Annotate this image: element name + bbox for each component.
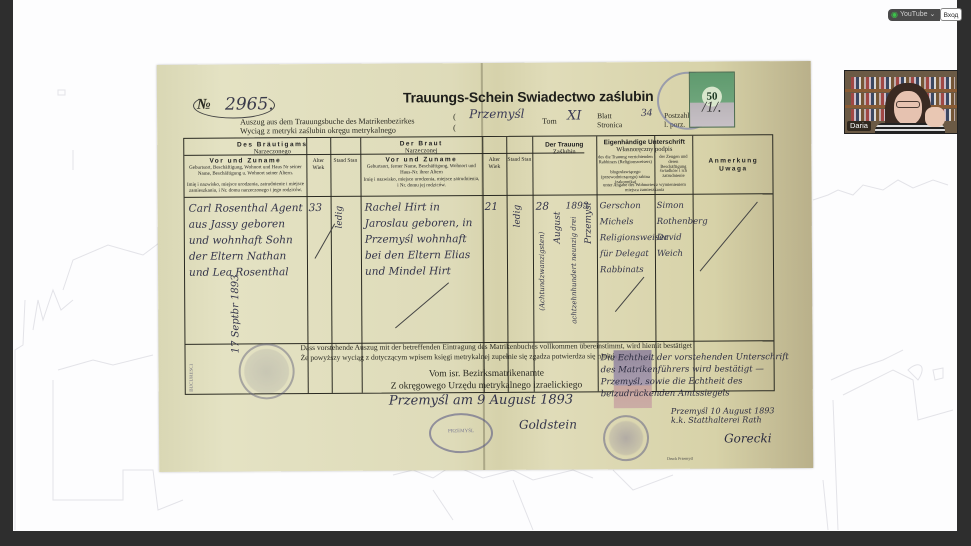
number-value: 2965. [225,94,274,114]
round-seal-stamp [238,343,294,399]
place-handwritten: Przemyśl [469,107,524,121]
blatt-value: 34 [641,107,652,119]
issuer-signature: Goldstein [519,417,577,431]
strike-line [395,282,449,328]
subtitle-pl: Wyciąg z metryki zaślubin okręgu metryka… [240,125,414,135]
witnesses-entry: Simon Rothenberg David Weich [657,198,695,262]
wedding-month: August [553,212,564,244]
wedding-day: 28 [536,199,549,215]
strike-line [615,277,644,312]
residence-header: unter Angabe des Wohnortes z wymienienie… [597,182,691,193]
starostwo-stamp [603,415,649,461]
strike-line [700,202,758,272]
tom-label: Tom [542,117,557,126]
annotation-date: Przemyśl 10 August 1893 k.k. Statthalter… [671,406,775,425]
tom-value: XI [567,108,581,123]
presentation-slide: № 2965. Trauungs-Schein Swiadectwo zaślu… [13,0,957,531]
groom-desc-pl: Imię i nazwisko, miejsce urodzenia, zatr… [186,182,304,195]
bride-status-header: Stand Stan [506,157,532,164]
issue-place-date: Przemyśl am 9 August 1893 [389,392,573,408]
issuing-office: Vom isr. Bezirksmatrikenamte Z okręgoweg… [391,367,583,392]
wedding-year-words: achtzehnhundert neunzig drei [569,216,581,323]
side-date: 17 Septbr 1893 [230,274,241,353]
wedding-day-words: (Achtundzwanzigsten) [537,232,548,311]
stamp-cancel-mark: /1/. [702,100,722,117]
document-title: Trauungs-Schein Swiadectwo zaślubin [403,88,654,106]
groom-entry: Carl Rosenthal Agent aus Jassy geboren u… [189,200,307,281]
groom-age-header: Alter Wiek [306,158,330,172]
place-brackets: (( [453,111,456,133]
remarks-header: Anmerkung [692,157,774,165]
printer-mark: Druck Przemyśl [667,456,693,461]
groom-name-header: Vor und Zuname [184,157,306,165]
rabbi-header: des die Trauung verrichtenden Rabbiners … [597,154,653,164]
annotation-signature: Gorecki [724,431,772,445]
groom-desc: Geburtsort, Beschäftigung, Wohnort und H… [186,165,304,178]
participant-hand [925,107,945,127]
participant-video-thumbnail[interactable]: Daria [844,70,958,134]
groom-status-header: Stand Stan [330,158,360,165]
bride-header-pl: Narzeczonej [360,147,482,155]
remarks-header-pl: Uwaga [692,165,774,173]
office-pl: Z okręgowego Urzędu metrykalnego izraeli… [391,379,583,392]
stronica-label: Stronica [597,120,622,129]
marriage-certificate-document: № 2965. Trauungs-Schein Swiadectwo zaślu… [157,61,813,472]
signature-header-pl: Własnoręczny podpis [596,146,692,154]
blatt-label: Blatt [597,111,622,120]
participant-glasses [896,101,920,108]
bride-status: ledig [513,205,524,228]
strike-line [315,224,336,259]
bride-age: 21 [485,199,498,215]
participant-name-tag: Daria [847,121,871,131]
participant-face [894,91,922,125]
stream-label: YouTube [900,9,928,21]
bride-name-header: Vor und Zuname [360,156,482,164]
broadcast-icon: ◉ [891,9,898,21]
oval-stamp: PRZEMYŚL [429,413,493,453]
wedding-header-pl: Zaślubin [532,148,596,155]
witnesses-header: der Zeugen und deren Beschäftigung [655,154,691,169]
chevron-down-icon: ⌄ [930,9,936,21]
rabbi-entry: Gerschon Michels Religionsweiser für Del… [600,198,656,278]
document-subtitle: Auszug aus dem Trauungsbuche des Matrike… [240,116,415,135]
bride-entry: Rachel Hirt in Jaroslau geboren, in Prze… [365,199,483,280]
witnesses-header-pl: świadków i ich zatrudnienie [655,168,691,178]
screen: № 2965. Trauungs-Schein Swiadectwo zaślu… [0,0,971,546]
bride-desc: Geburtsort, ferner Name, Beschäftigung, … [362,164,480,177]
annotation-text: Die Echtheit der vorstehenden Unterschri… [601,351,791,400]
stream-destination-dropdown[interactable]: ◉ YouTube ⌄ [888,9,940,21]
bride-desc-pl: Imię i nazwisko, miejsce urodzenia, miej… [362,177,480,190]
annotation-office: k.k. Statthalterei Rath [671,415,775,425]
blatt-labels: Blatt Stronica [597,111,622,129]
groom-age: 33 [309,200,322,216]
number-label: № [197,97,211,114]
groom-header-pl: Narzeczonego [184,148,360,156]
groom-status: ledig [335,206,346,229]
bride-age-header: Alter Wiek [482,157,506,171]
wedding-place: Przemyśl [584,202,595,244]
login-button[interactable]: Вход [940,8,962,21]
